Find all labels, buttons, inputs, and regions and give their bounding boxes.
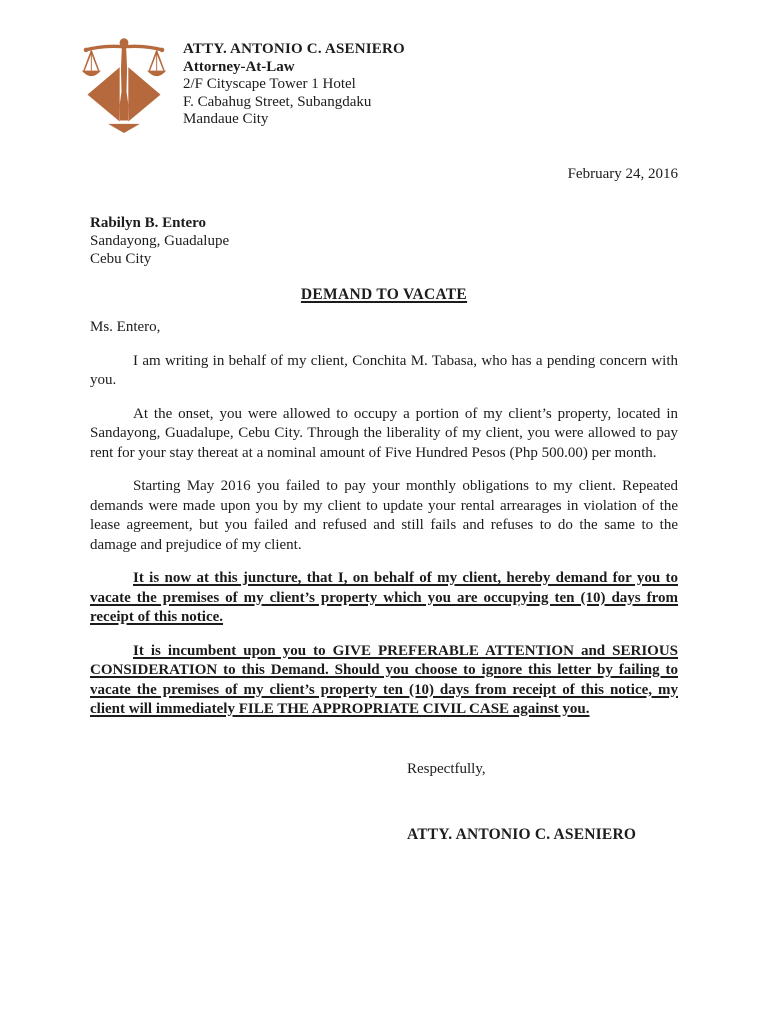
paragraph-1: I am writing in behalf of my client, Con… [90,352,678,391]
letter-date: February 24, 2016 [90,164,678,184]
paragraph-2: At the onset, you were allowed to occupy… [90,405,678,464]
paragraph-3: Starting May 2016 you failed to pay your… [90,477,678,555]
recipient-address-line-2: Cebu City [90,250,678,268]
signature-name: ATTY. ANTONIO C. ASENIERO [407,825,678,845]
recipient-block: Rabilyn B. Entero Sandayong, Guadalupe C… [90,214,678,268]
recipient-address-line-1: Sandayong, Guadalupe [90,232,678,250]
letterhead-address-line-1: 2/F Cityscape Tower 1 Hotel [183,76,405,94]
letterhead: ATTY. ANTONIO C. ASENIERO Attorney-At-La… [80,36,678,134]
demand-letter-page: ATTY. ANTONIO C. ASENIERO Attorney-At-La… [0,0,768,1024]
paragraph-5-warning: It is incumbent upon you to GIVE PREFERA… [90,642,678,720]
letterhead-attorney-name: ATTY. ANTONIO C. ASENIERO [183,41,405,59]
paragraph-4-demand: It is now at this juncture, that I, on b… [90,569,678,628]
letterhead-attorney-title: Attorney-At-Law [183,59,405,77]
recipient-name: Rabilyn B. Entero [90,214,678,232]
scales-of-justice-icon [80,36,168,134]
letter-title: DEMAND TO VACATE [90,286,678,304]
letterhead-address-line-2: F. Cabahug Street, Subangdaku [183,94,405,112]
letterhead-address-line-3: Mandaue City [183,111,405,129]
closing: Respectfully, [407,759,678,779]
salutation: Ms. Entero, [90,318,678,338]
